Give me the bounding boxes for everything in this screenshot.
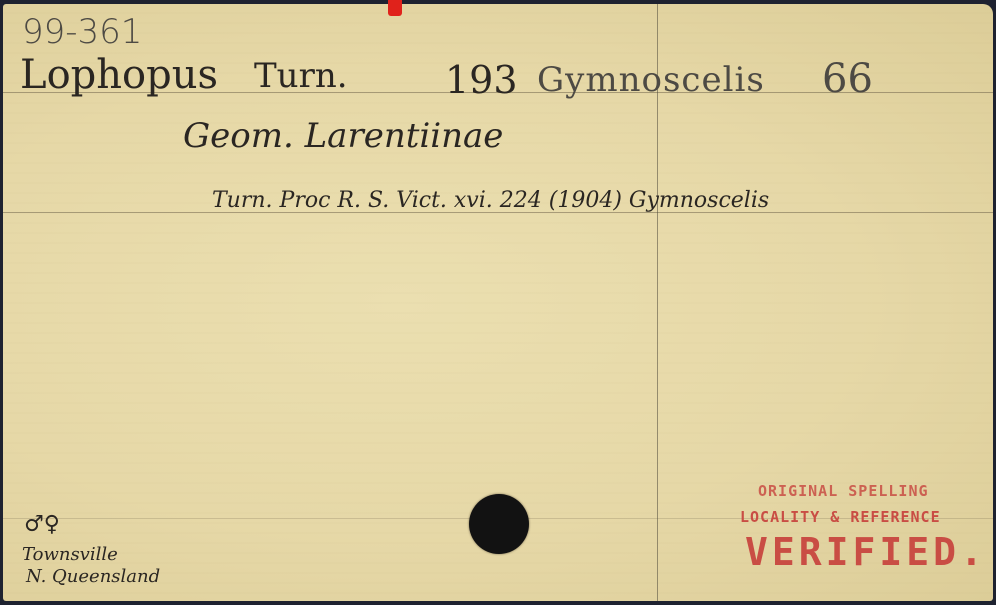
author-name: Turn.	[254, 56, 348, 96]
sex-symbols: ♂♀	[24, 512, 60, 537]
stamp-locality-reference: LOCALITY & REFERENCE	[740, 508, 941, 526]
stamp-verified: VERIFIED.	[745, 530, 987, 574]
register-number: 99-361	[22, 12, 142, 52]
reference-citation: Turn. Proc R. S. Vict. xvi. 224 (1904) G…	[212, 188, 769, 213]
stamp-original-spelling: ORIGINAL SPELLING	[758, 482, 929, 500]
cross-ref-page: 66	[822, 56, 873, 102]
locality-line-2: N. Queensland	[26, 566, 160, 587]
cross-ref-genus: Gymnoscelis	[537, 60, 765, 100]
locality-line-1: Townsville	[22, 544, 118, 565]
family-name: Geom. Larentiinae	[183, 116, 503, 156]
red-tab-marker	[388, 0, 402, 16]
cross-ref-number: 193	[445, 58, 518, 102]
genus-name: Lophopus	[20, 52, 218, 98]
punch-hole	[469, 494, 529, 554]
